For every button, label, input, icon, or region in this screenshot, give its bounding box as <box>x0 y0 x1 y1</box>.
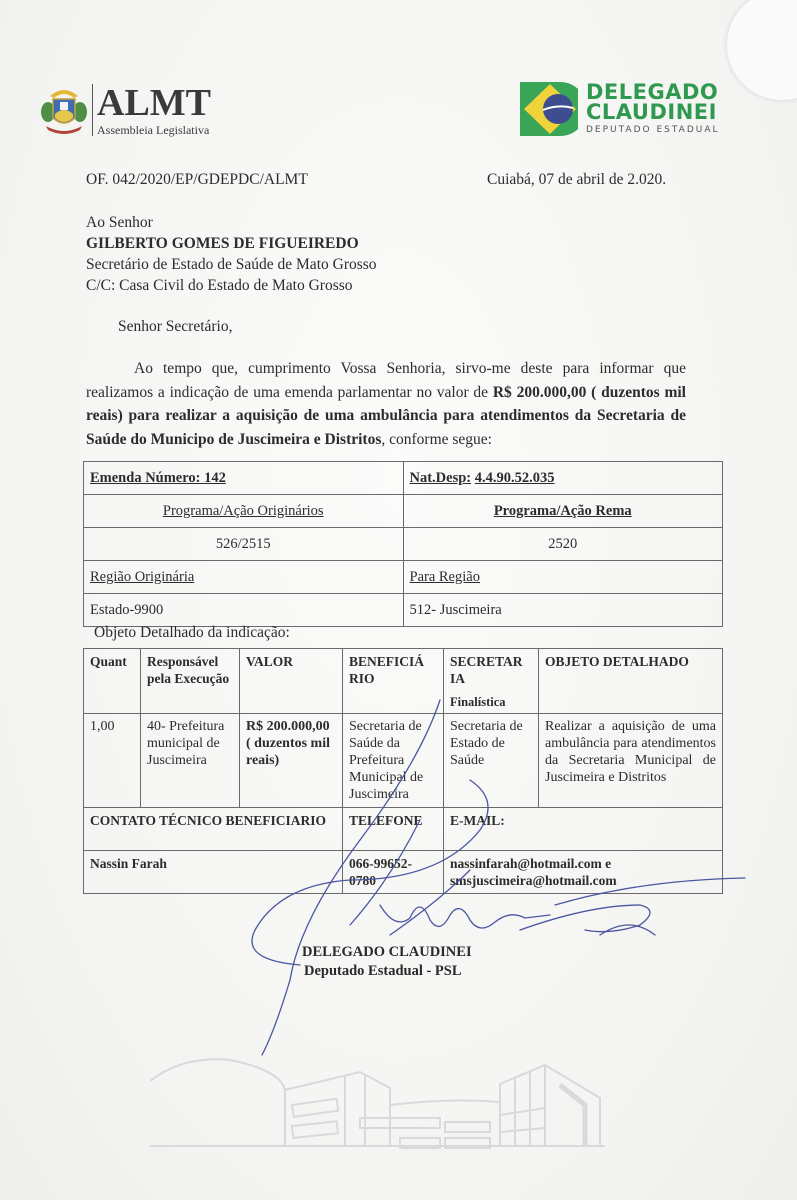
programa-rema-value: 2520 <box>403 528 723 561</box>
brazil-flag-d-icon <box>520 82 578 136</box>
object-caption: Objeto Detalhado da indicação: <box>94 624 290 642</box>
regiao-para-value: 512- Juscimeira <box>403 594 723 627</box>
natdesp-label: Nat.Desp: <box>410 470 472 486</box>
row-responsavel: 40- Prefeitura municipal de Juscimeira <box>141 714 240 808</box>
header-secretaria: SECRETAR IAFinalística <box>444 649 539 714</box>
programa-orig-label: Programa/Ação Originários <box>163 503 324 519</box>
signer-role: Deputado Estadual - PSL <box>302 962 472 981</box>
signature-block: DELEGADO CLAUDINEI Deputado Estadual - P… <box>302 943 472 981</box>
contact-header-phone: TELEFONE <box>343 808 444 851</box>
greeting: Senhor Secretário, <box>118 318 233 336</box>
deputy-logo: DELEGADO CLAUDINEI DEPUTADO ESTADUAL <box>520 82 720 136</box>
contact-email: nassinfarah@hotmail.com e smsjuscimeira@… <box>444 851 723 894</box>
letter-page: ALMT Assembleia Legislativa DELEGADO CLA… <box>0 0 797 1200</box>
signer-name: DELEGADO CLAUDINEI <box>302 943 472 962</box>
contact-header-email: E-MAIL: <box>444 808 723 851</box>
programa-rema-label: Programa/Ação Rema <box>494 503 632 519</box>
addressee-name: GILBERTO GOMES DE FIGUEIREDO <box>86 235 359 253</box>
header-quant: Quant <box>84 649 141 714</box>
row-beneficiario: Secretaria de Saúde da Prefeitura Munici… <box>343 714 444 808</box>
natdesp-value: 4.4.90.52.035 <box>475 470 555 486</box>
header-secretaria-sub: Finalística <box>450 694 532 711</box>
addressee-prefix: Ao Senhor <box>86 214 153 232</box>
contact-header-name: CONTATO TÉCNICO BENEFICIARIO <box>84 808 343 851</box>
header-responsavel: Responsável pela Execução <box>141 649 240 714</box>
place-date: Cuiabá, 07 de abril de 2.020. <box>487 171 666 189</box>
almt-logo: ALMT Assembleia Legislativa <box>40 84 211 136</box>
header-objeto: OBJETO DETALHADO <box>539 649 723 714</box>
addressee-title: Secretário de Estado de Saúde de Mato Gr… <box>86 256 377 274</box>
coat-of-arms-icon <box>40 84 88 136</box>
detail-table: Quant Responsável pela Execução VALOR BE… <box>83 648 723 894</box>
regiao-orig-value: Estado-9900 <box>84 594 404 627</box>
almt-subtitle: Assembleia Legislativa <box>97 124 211 136</box>
programa-orig-value: 526/2515 <box>84 528 404 561</box>
amendment-table: Emenda Número: 142 Nat.Desp: 4.4.90.52.0… <box>83 461 723 627</box>
deputy-name-line2: CLAUDINEI <box>586 103 720 123</box>
deputy-role: DEPUTADO ESTADUAL <box>586 126 720 135</box>
row-objeto: Realizar a aquisição de uma ambulância p… <box>539 714 723 808</box>
header-beneficiario: BENEFICIÁ RIO <box>343 649 444 714</box>
row-secretaria: Secretaria de Estado de Saúde <box>444 714 539 808</box>
almt-title: ALMT <box>97 84 211 122</box>
header-secretaria-label: SECRETAR IA <box>450 653 532 687</box>
regiao-para-label: Para Região <box>410 569 480 585</box>
letter-reference: OF. 042/2020/EP/GDEPDC/ALMT <box>86 171 308 189</box>
floating-button[interactable] <box>727 0 797 100</box>
contact-name: Nassin Farah <box>84 851 343 894</box>
row-quant: 1,00 <box>84 714 141 808</box>
row-valor: R$ 200.000,00 ( duzentos mil reais) <box>240 714 343 808</box>
header-valor: VALOR <box>240 649 343 714</box>
logo-divider <box>92 84 93 136</box>
emenda-number: Emenda Número: 142 <box>90 470 226 486</box>
body-text-2: , conforme segue: <box>381 431 492 448</box>
contact-phone: 066-99652-0780 <box>343 851 444 894</box>
addressee-cc: C/C: Casa Civil do Estado de Mato Grosso <box>86 277 353 295</box>
assembly-building-icon <box>150 1050 620 1160</box>
regiao-orig-label: Região Originária <box>90 569 194 585</box>
letter-body: Ao tempo que, cumprimento Vossa Senhoria… <box>86 357 686 451</box>
